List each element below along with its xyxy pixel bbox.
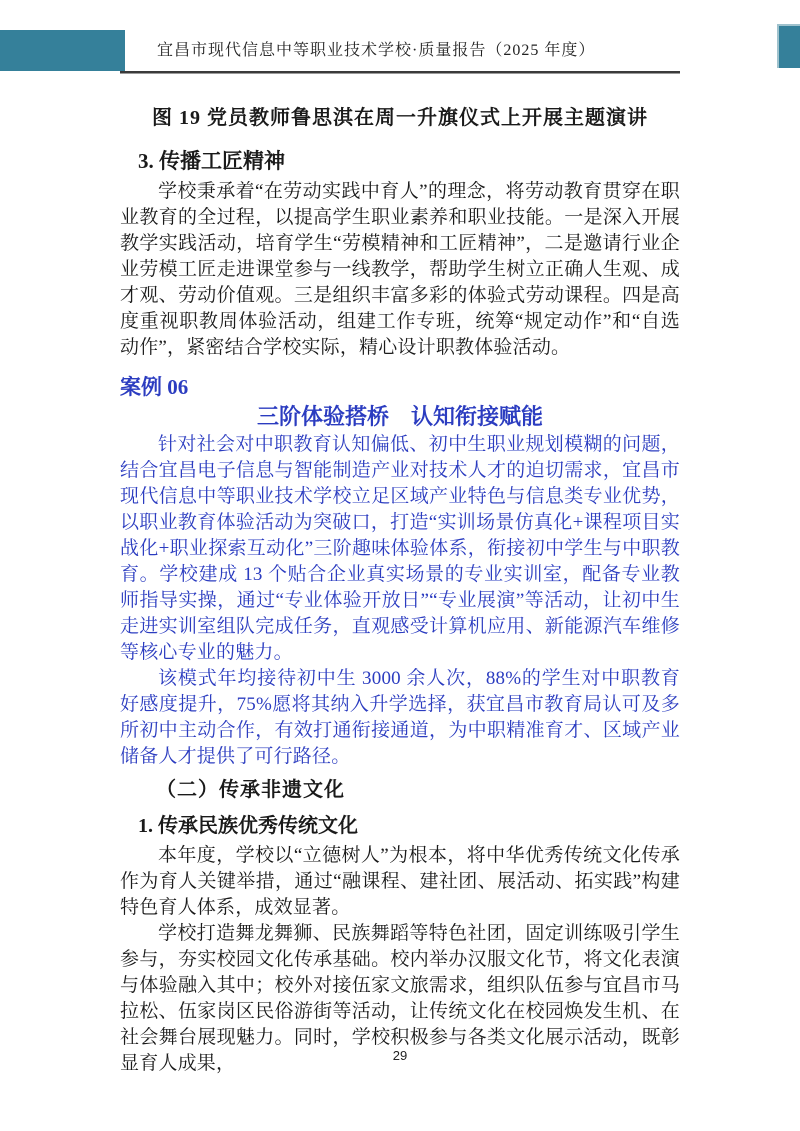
header-accent-bar-right (777, 24, 800, 68)
heading-craftsman-spirit: 3. 传播工匠精神 (120, 146, 680, 176)
subheading-traditional-culture: 1. 传承民族优秀传统文化 (120, 811, 680, 841)
heading-heritage-culture: （二）传承非遗文化 (120, 775, 680, 805)
paragraph-labor-education: 学校秉承着“在劳动实践中育人”的理念，将劳动教育贯穿在职业教育的全过程，以提高学… (120, 179, 680, 361)
page-number: 29 (0, 1048, 800, 1063)
document-page: 宜昌市现代信息中等职业技术学校·质量报告（2025 年度） 图 19 党员教师鲁… (0, 0, 800, 1131)
case-title: 三阶体验搭桥 认知衔接赋能 (120, 402, 680, 432)
case-paragraph-2: 该模式年均接待初中生 3000 余人次，88%的学生对中职教育好感度提升，75%… (120, 666, 680, 770)
case-paragraph-1: 针对社会对中职教育认知偏低、初中生职业规划模糊的问题，结合宜昌电子信息与智能制造… (120, 432, 680, 666)
page-content: 图 19 党员教师鲁思淇在周一升旗仪式上开展主题演讲 3. 传播工匠精神 学校秉… (120, 0, 680, 1077)
paragraph-heritage-1: 本年度，学校以“立德树人”为根本，将中华优秀传统文化传承作为育人关键举措，通过“… (120, 843, 680, 921)
case-label: 案例 06 (120, 373, 680, 401)
header-accent-bar-left (0, 30, 125, 71)
figure-caption: 图 19 党员教师鲁思淇在周一升旗仪式上开展主题演讲 (120, 105, 680, 132)
